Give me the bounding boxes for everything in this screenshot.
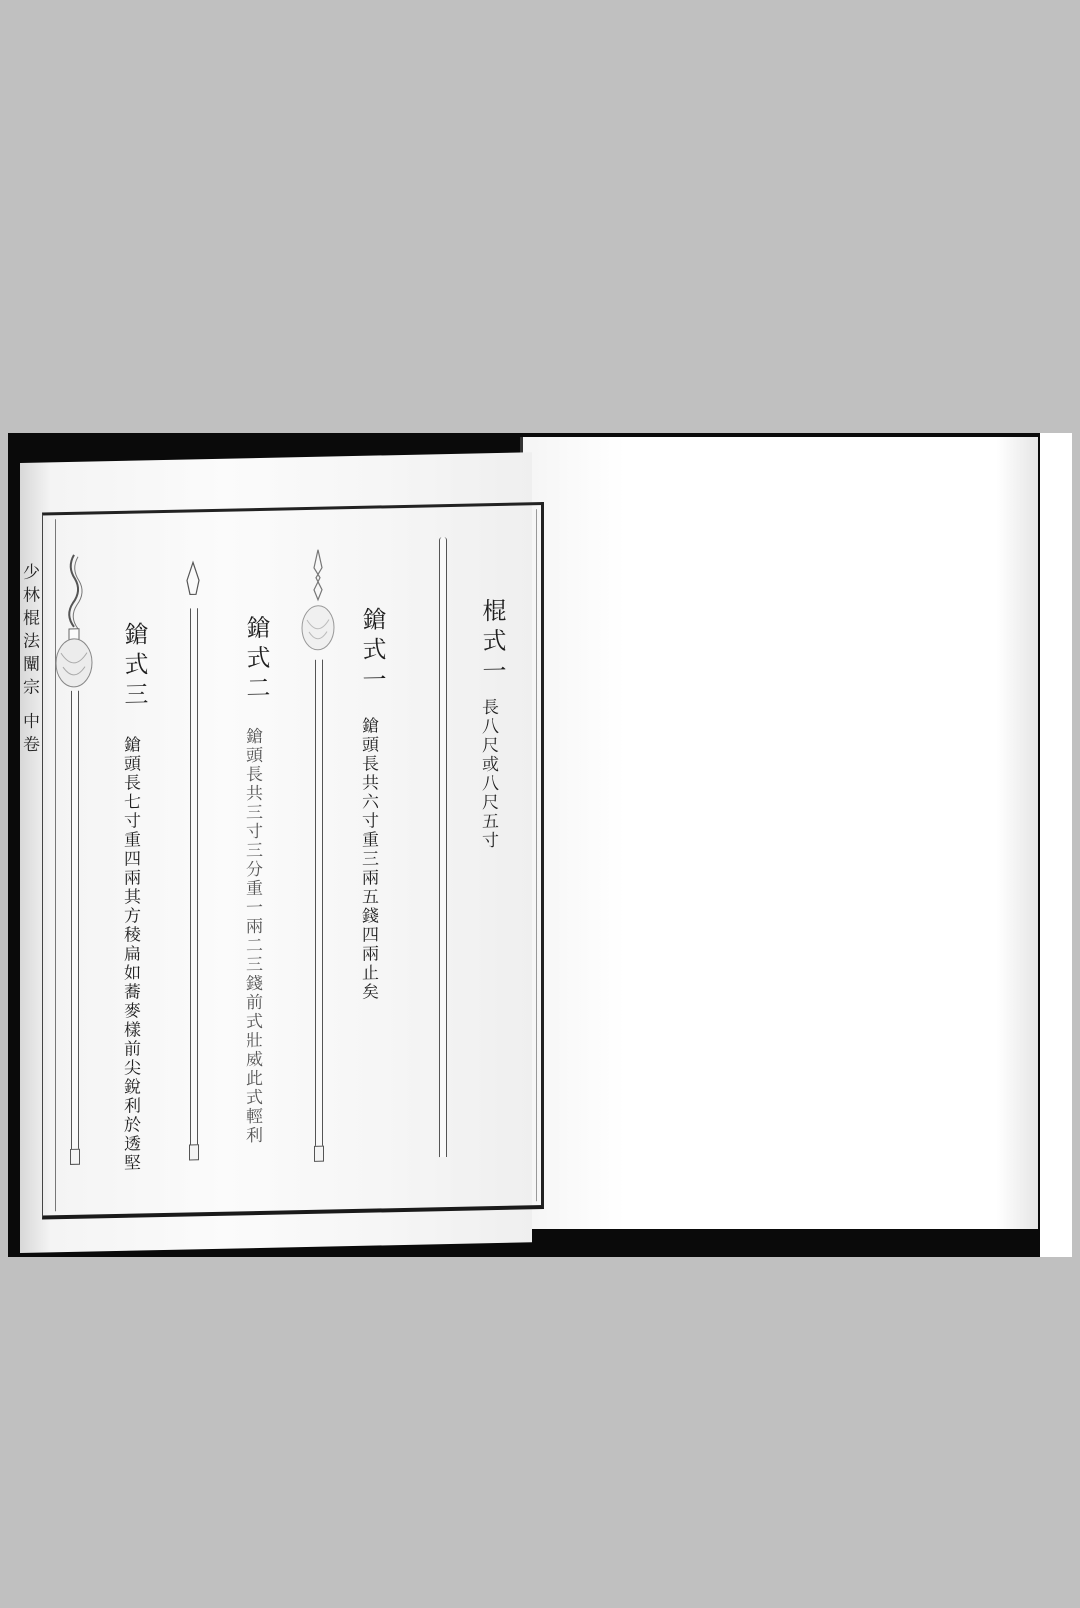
heading-spear-style-2: 鎗式二	[239, 615, 274, 706]
spear-shaft	[190, 608, 198, 1148]
spear-shaft	[315, 660, 323, 1150]
left-page: 少林棍法闡宗 中卷 棍式一 長八尺或八尺五寸 鎗式一 鎗頭長共六寸重三兩五錢四兩…	[20, 452, 532, 1253]
description-spear-style-3: 鎗頭長七寸重四兩其方稜扁如蕎麥樣前尖銳利於透堅	[121, 736, 138, 1173]
wavy-spear-head-tassel-icon	[49, 552, 99, 693]
description-spear-style-1: 鎗頭長共六寸重三兩五錢四兩止矣	[359, 717, 376, 1002]
viewer-margin	[1040, 433, 1072, 1257]
description-spear-style-2: 鎗頭長共三寸三分重一兩二三錢前式壯威此式輕利	[243, 727, 260, 1145]
description-staff-style-1: 長八尺或八尺五寸	[479, 698, 496, 850]
spear-butt	[189, 1144, 199, 1160]
staff-shaft	[439, 537, 447, 1157]
heading-staff-style-1: 棍式一	[475, 598, 510, 689]
scanned-book-spread: 少林棍法闡宗 中卷 棍式一 長八尺或八尺五寸 鎗式一 鎗頭長共六寸重三兩五錢四兩…	[8, 433, 1040, 1257]
heading-spear-style-1: 鎗式一	[355, 606, 390, 697]
spear-butt	[314, 1146, 324, 1162]
heading-spear-style-3: 鎗式三	[117, 621, 152, 712]
page-frame: 棍式一 長八尺或八尺五寸 鎗式一 鎗頭長共六寸重三兩五錢四兩止矣 鎗式二 鎗頭長…	[42, 502, 544, 1220]
right-page-blank	[522, 437, 1038, 1229]
spear-head-tassel-icon	[293, 547, 343, 658]
spear-shaft	[71, 691, 79, 1153]
spear-head-icon	[183, 560, 203, 610]
spear-butt	[70, 1149, 80, 1165]
spine-title: 少林棍法闡宗 中卷	[24, 563, 42, 759]
